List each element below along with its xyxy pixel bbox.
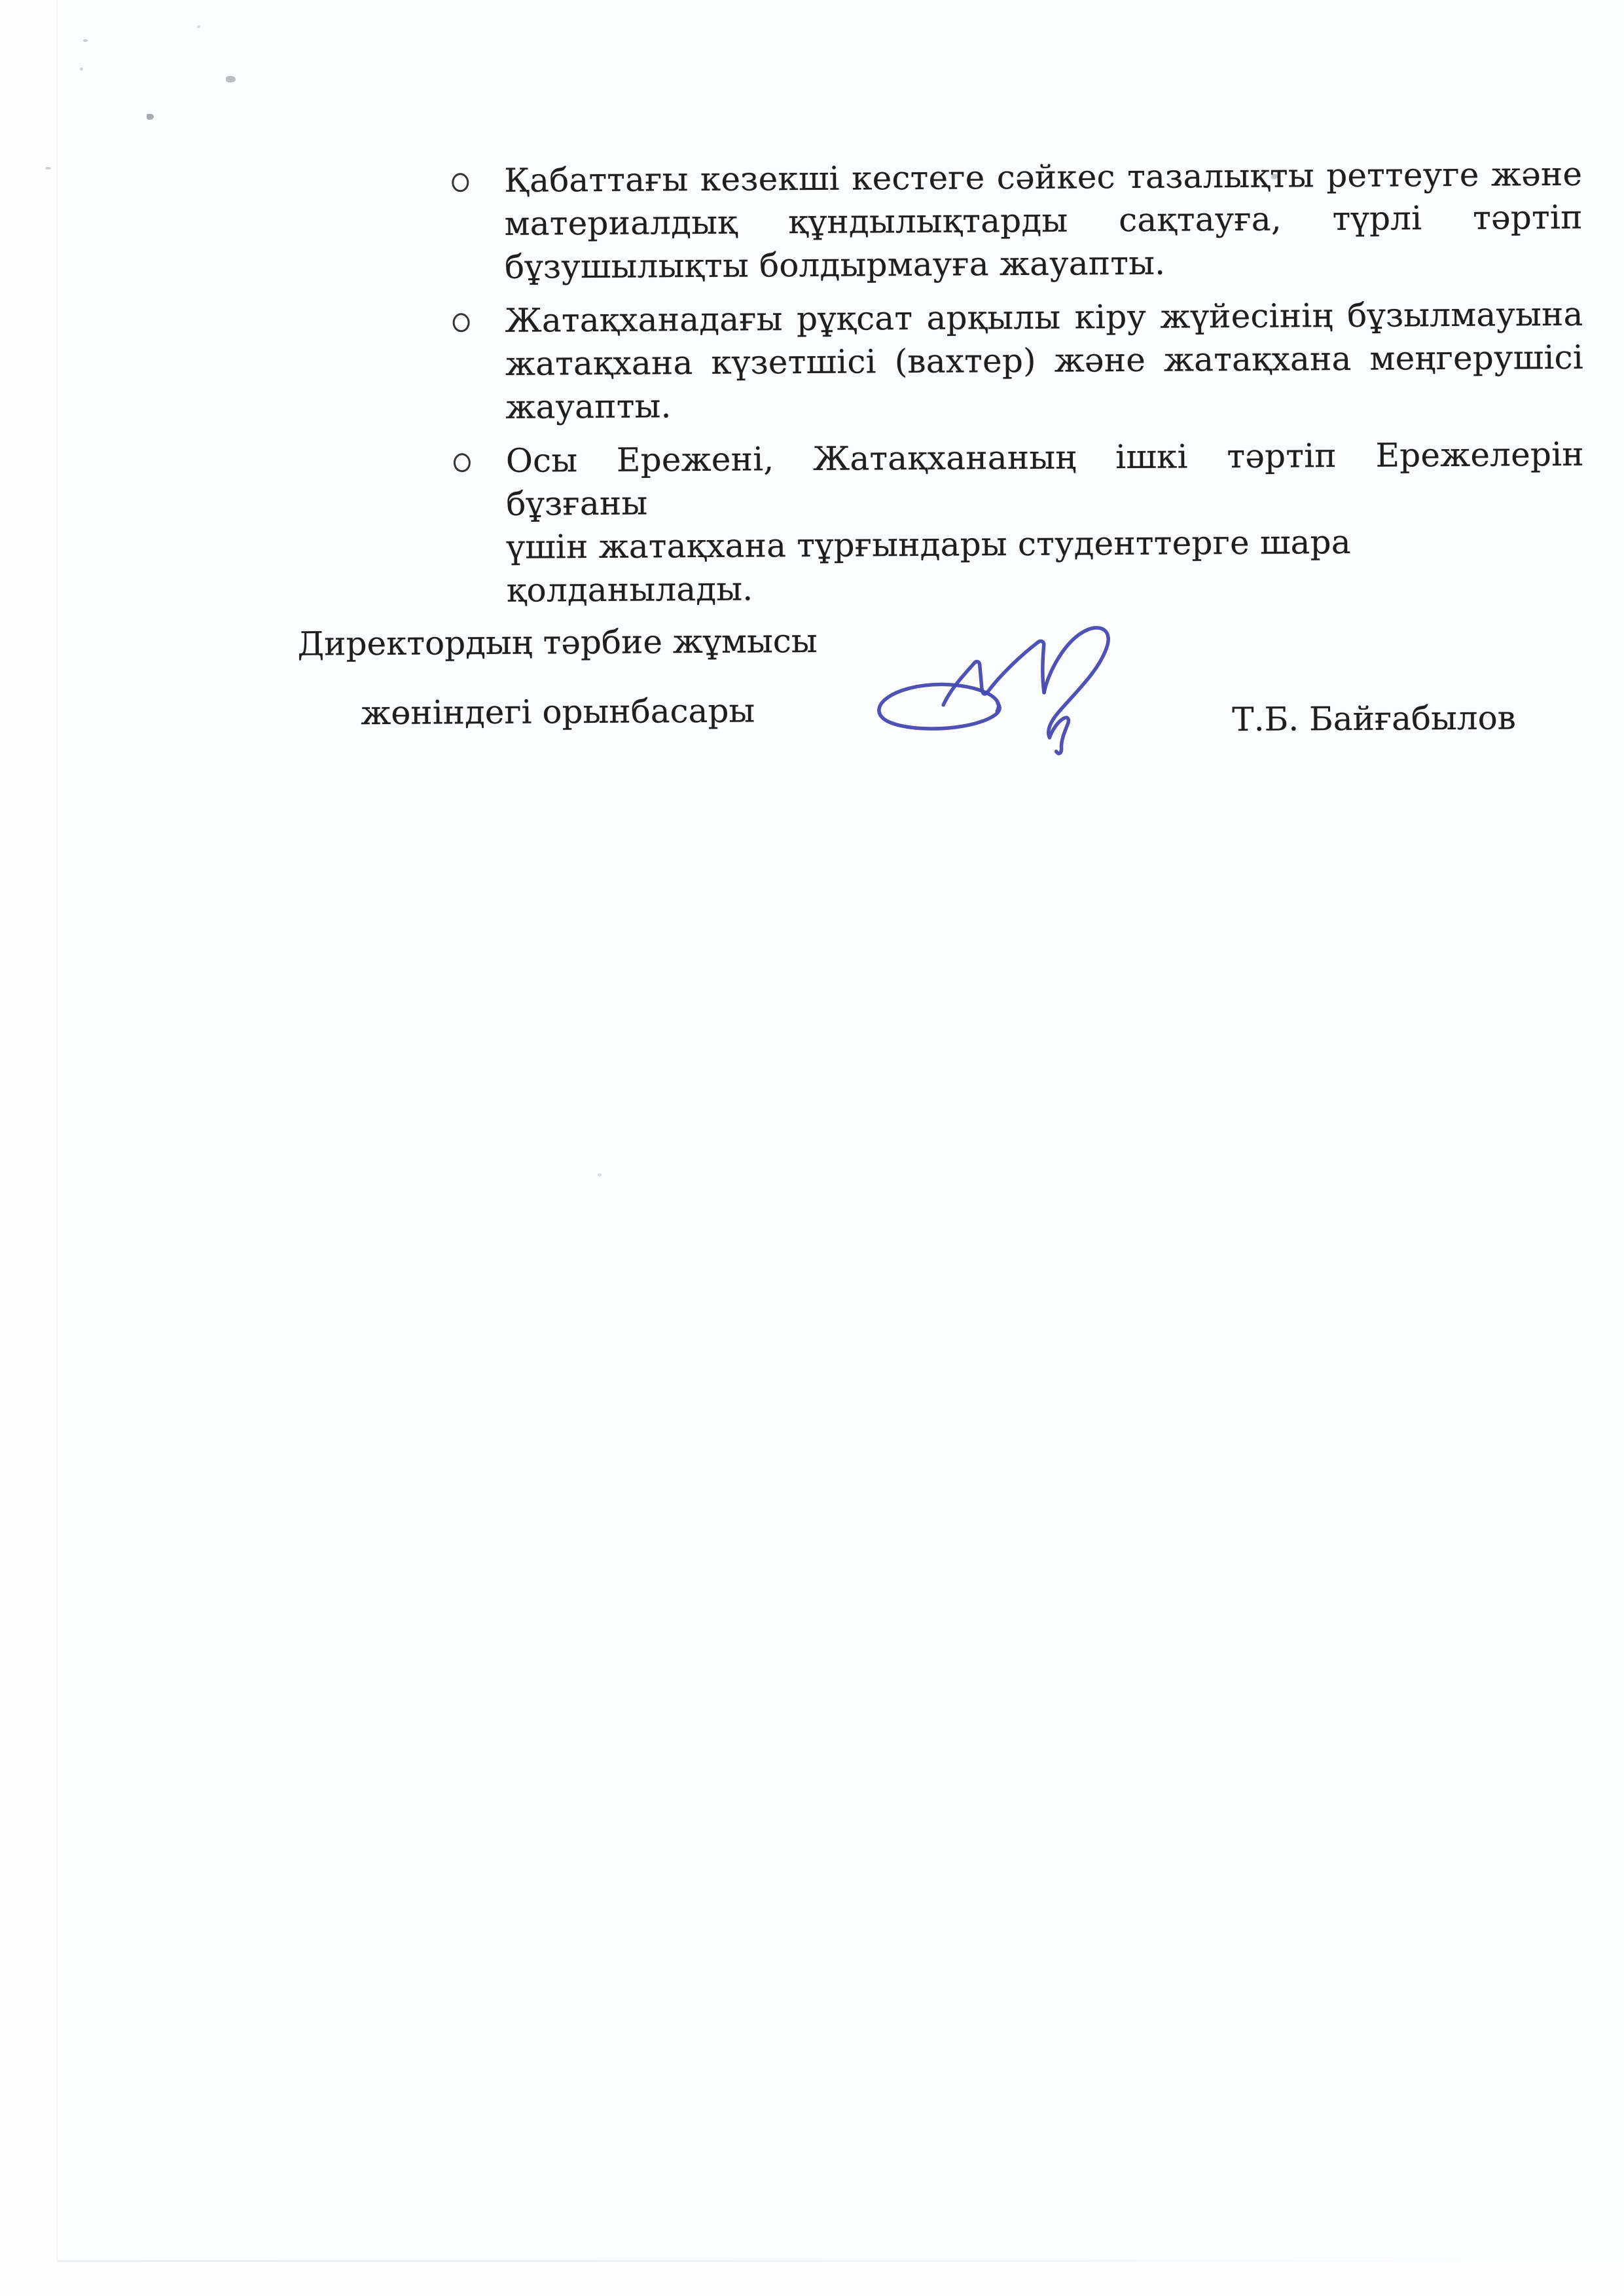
bullet-line: Осы Ережені, Жатақхананың ішкі тәртіп Ер… <box>506 433 1585 526</box>
bullet-line: бұзушылықты болдырмауға жауапты. <box>505 239 1583 289</box>
signatory-title: Директордың тәрбие жұмысы жөніндегі орын… <box>295 619 820 735</box>
bullet-line: жауапты. <box>505 379 1583 429</box>
scanned-document-page: Қабаттағы кезекші кестеге сәйкес тазалық… <box>0 0 1624 2296</box>
bullet-line: материалдық құндылықтарды сақтауға, түрл… <box>504 196 1582 246</box>
signatory-name: Т.Б. Байғабылов <box>1232 696 1516 741</box>
bullet-line: үшін жатақхана тұрғындары студенттерге ш… <box>506 519 1585 612</box>
bullet-circle-icon <box>452 313 469 332</box>
bullet-line: Қабаттағы кезекші кестеге сәйкес тазалық… <box>504 153 1582 202</box>
document-content: Қабаттағы кезекші кестеге сәйкес тазалық… <box>0 0 1624 2296</box>
signatory-title-line1: Директордың тәрбие жұмысы <box>295 619 819 666</box>
bullet-item-access-control: Жатақханадағы рұқсат арқылы кіру жүйесін… <box>505 293 1583 429</box>
bullet-item-cleanliness: Қабаттағы кезекші кестеге сәйкес тазалық… <box>504 153 1583 289</box>
bullet-line: жатақхана күзетшісі (вахтер) және жатақх… <box>505 336 1583 386</box>
bullet-line: Жатақханадағы рұқсат арқылы кіру жүйесін… <box>505 293 1583 342</box>
bullet-circle-icon <box>454 453 471 472</box>
signatory-title-line2: жөніндегі орынбасары <box>296 689 820 735</box>
bullet-item-violations: Осы Ережені, Жатақхананың ішкі тәртіп Ер… <box>506 433 1585 612</box>
bullet-circle-icon <box>452 173 469 192</box>
bullet-list: Қабаттағы кезекші кестеге сәйкес тазалық… <box>504 153 1585 623</box>
handwritten-signature <box>872 600 1122 765</box>
